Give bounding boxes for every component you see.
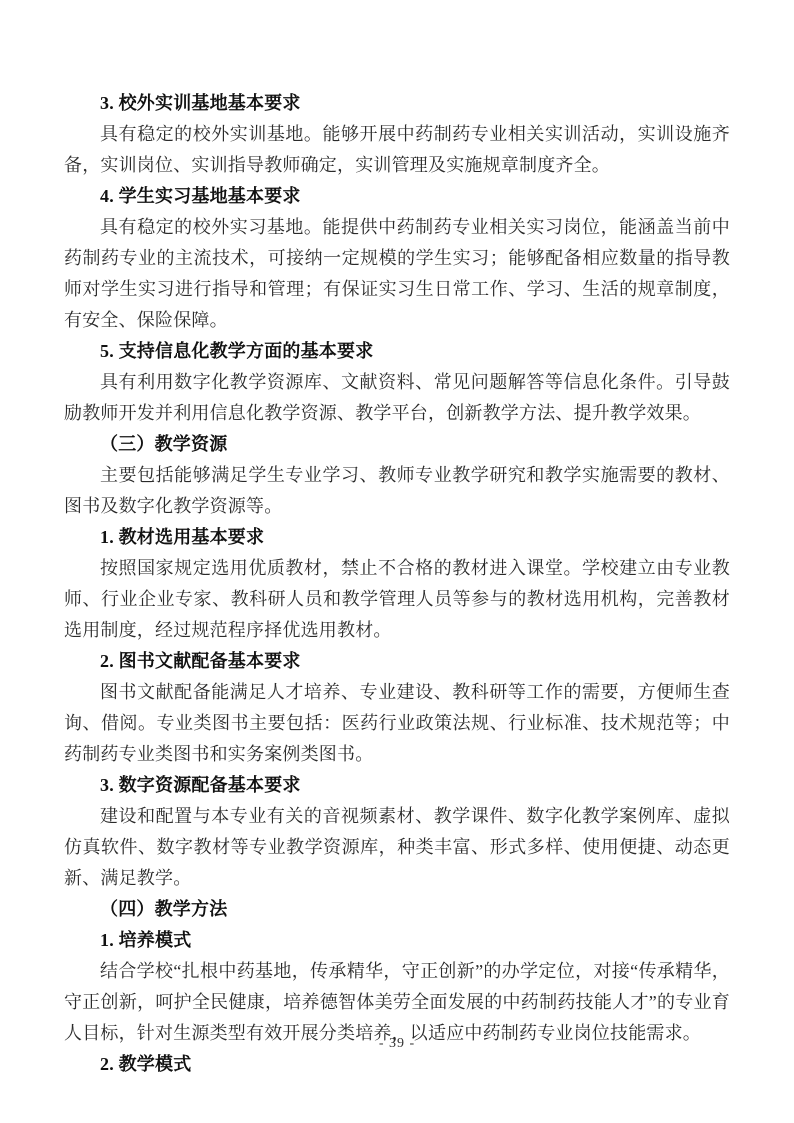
paragraph-student-internship-base: 具有稳定的校外实习基地。能提供中药制药专业相关实习岗位，能涵盖当前中药制药专业的…: [64, 212, 730, 336]
heading-cultivation-mode: 1. 培养模式: [64, 925, 730, 956]
section-heading-teaching-resources: （三）教学资源: [64, 429, 730, 460]
paragraph-informatized-teaching: 具有利用数字化教学资源库、文献资料、常见问题解答等信息化条件。引导鼓励教师开发并…: [64, 367, 730, 429]
heading-library-literature: 2. 图书文献配备基本要求: [64, 646, 730, 677]
heading-teaching-mode: 2. 教学模式: [64, 1049, 730, 1080]
heading-digital-resources: 3. 数字资源配备基本要求: [64, 770, 730, 801]
heading-student-internship-base: 4. 学生实习基地基本要求: [64, 181, 730, 212]
section-heading-teaching-methods: （四）教学方法: [64, 894, 730, 925]
page-content: 3. 校外实训基地基本要求 具有稳定的校外实训基地。能够开展中药制药专业相关实训…: [0, 0, 794, 1080]
paragraph-digital-resources: 建设和配置与本专业有关的音视频素材、教学课件、数字化教学案例库、虚拟仿真软件、数…: [64, 801, 730, 894]
heading-offcampus-training-base: 3. 校外实训基地基本要求: [64, 88, 730, 119]
paragraph-library-literature: 图书文献配备能满足人才培养、专业建设、教科研等工作的需要，方便师生查询、借阅。专…: [64, 677, 730, 770]
page-number: - 39 -: [0, 1036, 794, 1052]
paragraph-offcampus-training-base: 具有稳定的校外实训基地。能够开展中药制药专业相关实训活动，实训设施齐备，实训岗位…: [64, 119, 730, 181]
heading-informatized-teaching: 5. 支持信息化教学方面的基本要求: [64, 336, 730, 367]
paragraph-teaching-resources-intro: 主要包括能够满足学生专业学习、教师专业教学研究和教学实施需要的教材、图书及数字化…: [64, 460, 730, 522]
paragraph-textbook-selection: 按照国家规定选用优质教材，禁止不合格的教材进入课堂。学校建立由专业教师、行业企业…: [64, 553, 730, 646]
heading-textbook-selection: 1. 教材选用基本要求: [64, 522, 730, 553]
document-page: 3. 校外实训基地基本要求 具有稳定的校外实训基地。能够开展中药制药专业相关实训…: [0, 0, 794, 1123]
